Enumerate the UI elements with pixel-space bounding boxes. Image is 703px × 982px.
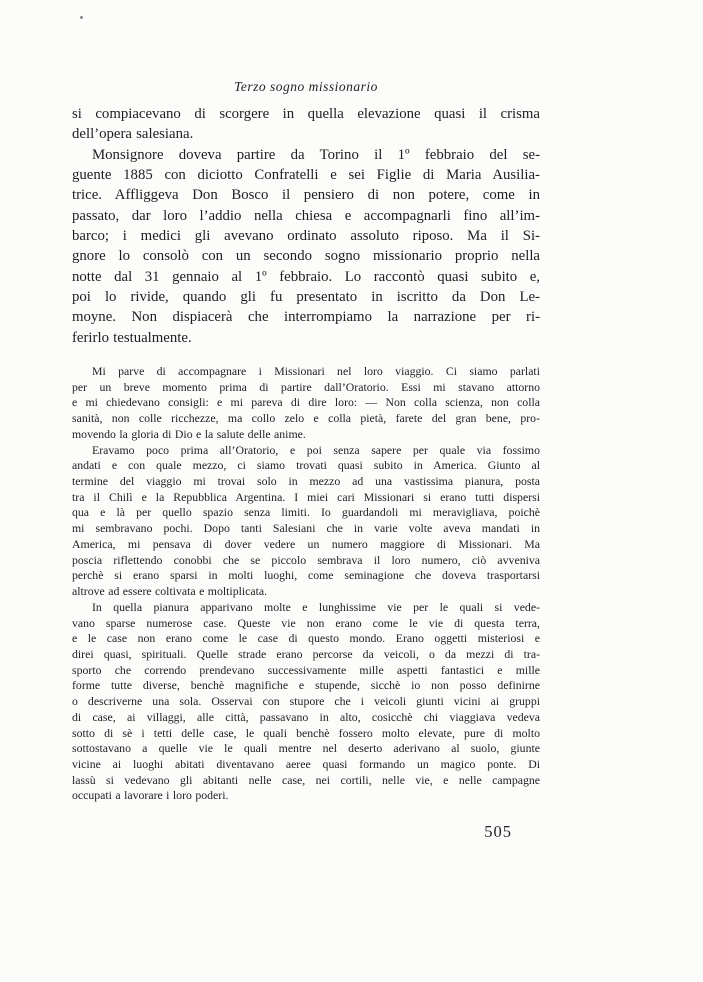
text-line: sporto che correndo prendevano successiv…	[72, 663, 540, 679]
text-line: Monsignore doveva partire da Torino il 1…	[72, 145, 540, 165]
paragraph: In quella pianura apparivano molte e lun…	[72, 600, 540, 804]
text-line: perchè si erano sparsi in molti luoghi, …	[72, 568, 540, 584]
text-line: altrove ad essere coltivata e moltiplica…	[72, 584, 540, 600]
text-line: forme tutte diverse, benchè magnifiche e…	[72, 678, 540, 694]
main-text: si compiacevano di scorgere in quella el…	[72, 104, 540, 348]
text-line: In quella pianura apparivano molte e lun…	[72, 600, 540, 616]
text-line: e le case non erano come le case di ques…	[72, 631, 540, 647]
text-line: Eravamo poco prima all’Oratorio, e poi s…	[72, 443, 540, 459]
text-line: guente 1885 con diciotto Confratelli e s…	[72, 165, 540, 185]
text-line: o descriverne una sola. Osservai con stu…	[72, 694, 540, 710]
text-line: mi sembravano pochi. Dopo tanti Salesian…	[72, 521, 540, 537]
text-line: ferirlo testualmente.	[72, 328, 540, 348]
quote-block: Mi parve di accompagnare i Missionari ne…	[72, 364, 540, 804]
text-line: direi quasi, spirituali. Quelle strade e…	[72, 647, 540, 663]
book-page: Terzo sogno missionario si compiacevano …	[0, 0, 703, 982]
text-line: movendo la gloria di Dio e la salute del…	[72, 427, 540, 443]
text-line: vano sparse numerose case. Queste vie no…	[72, 616, 540, 632]
text-line: poi lo rivide, quando gli fu presentato …	[72, 287, 540, 307]
text-line: e mi chiedevano consigli: e mi pareva di…	[72, 395, 540, 411]
running-head: Terzo sogno missionario	[72, 79, 540, 95]
text-line: vicine ai luoghi abitati diventavano aer…	[72, 757, 540, 773]
text-line: poscia riflettendo conobbi che se piccol…	[72, 553, 540, 569]
paragraph: Eravamo poco prima all’Oratorio, e poi s…	[72, 443, 540, 600]
text-line: barco; i medici gli avevano ordinato ass…	[72, 226, 540, 246]
text-line: Mi parve di accompagnare i Missionari ne…	[72, 364, 540, 380]
text-line: America, mi pensava di dover vedere un n…	[72, 537, 540, 553]
ink-speck	[80, 16, 83, 19]
text-line: tra il Chilì e la Repubblica Argentina. …	[72, 490, 540, 506]
text-line: andati e con quale mezzo, ci siamo trova…	[72, 458, 540, 474]
text-line: sotto di sè i tetti delle case, le quali…	[72, 726, 540, 742]
text-line: moyne. Non dispiacerà che interrompiamo …	[72, 307, 540, 327]
text-line: notte dal 31 gennaio al 1º febbraio. Lo …	[72, 267, 540, 287]
paragraph: Monsignore doveva partire da Torino il 1…	[72, 145, 540, 348]
text-line: sanità, non colle ricchezze, ma collo ze…	[72, 411, 540, 427]
text-line: trice. Affliggeva Don Bosco il pensiero …	[72, 185, 540, 205]
text-line: termine del viaggio mi trovai solo in me…	[72, 474, 540, 490]
text-line: si compiacevano di scorgere in quella el…	[72, 104, 540, 124]
page-number: 505	[72, 822, 512, 842]
text-line: per un breve momento prima di partire da…	[72, 380, 540, 396]
text-line: lassù si vedevano gli abitanti nelle cas…	[72, 773, 540, 789]
text-line: passato, dar loro l’addio nella chiesa e…	[72, 206, 540, 226]
text-line: gnore lo consolò con un secondo sogno mi…	[72, 246, 540, 266]
text-line: qua e là per quello spazio senza limiti.…	[72, 505, 540, 521]
text-line: sottostavano a quelle vie le quali mentr…	[72, 741, 540, 757]
text-line: occupati a lavorare i loro poderi.	[72, 788, 540, 804]
paragraph: si compiacevano di scorgere in quella el…	[72, 104, 540, 145]
paragraph: Mi parve di accompagnare i Missionari ne…	[72, 364, 540, 443]
text-line: dell’opera salesiana.	[72, 124, 540, 144]
text-line: di case, ai villaggi, alle città, passav…	[72, 710, 540, 726]
